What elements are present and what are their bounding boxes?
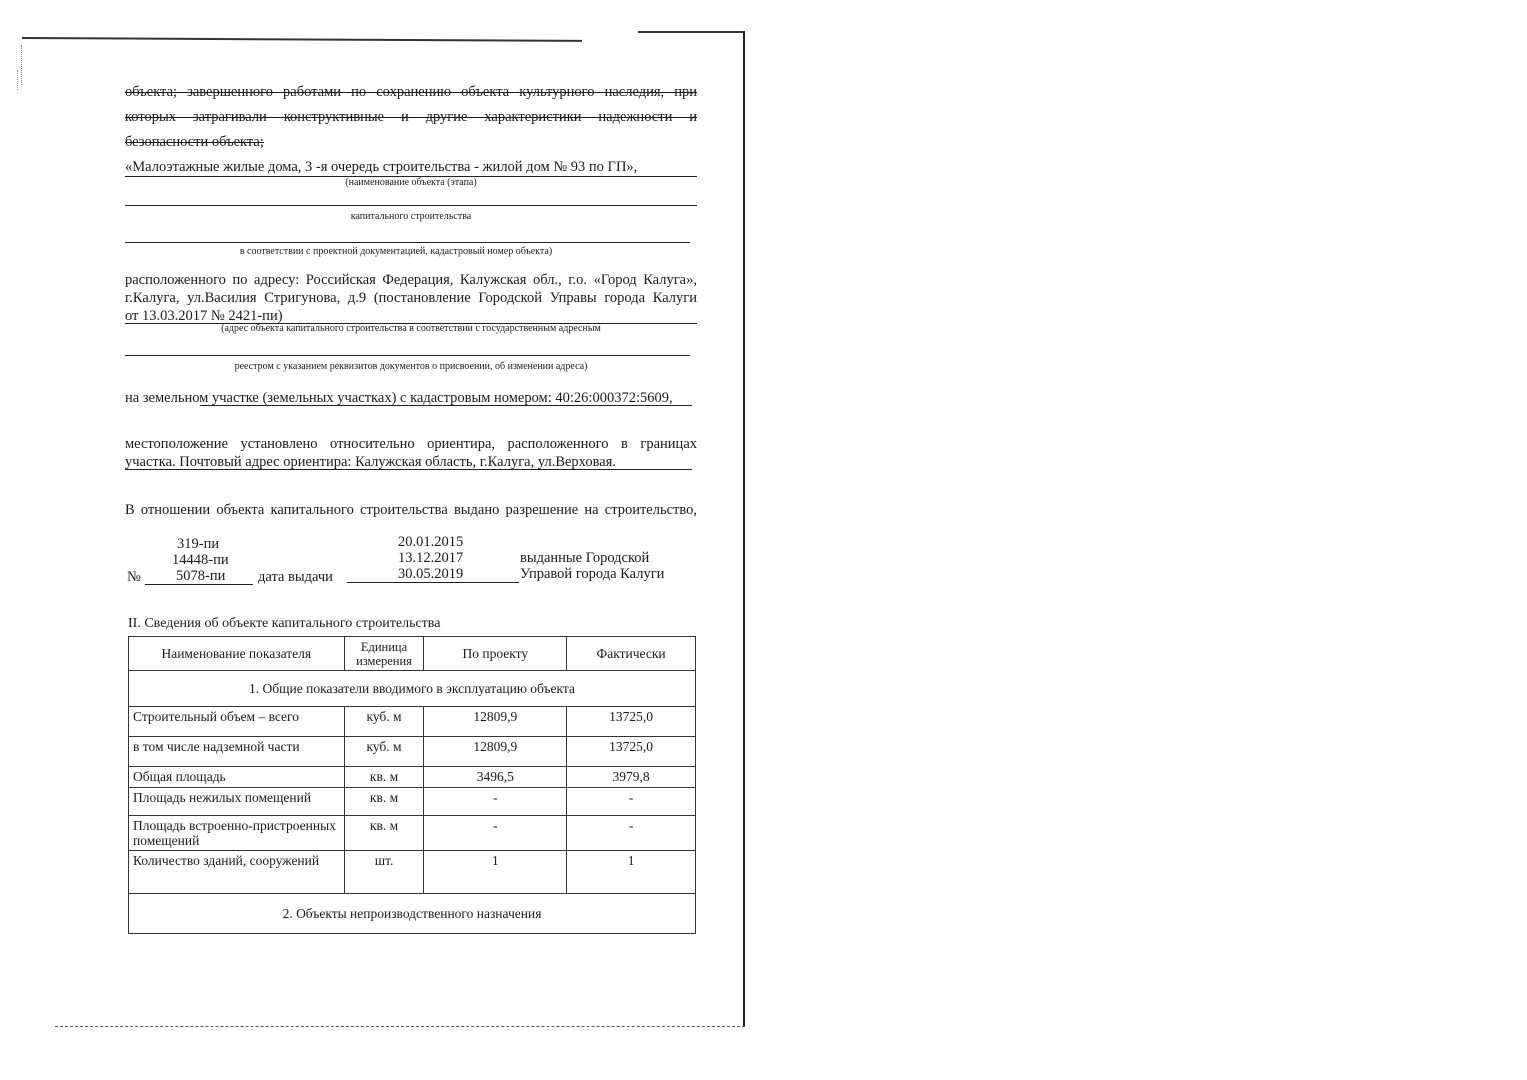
indicator-name: Площадь нежилых помещений: [129, 788, 345, 816]
indicator-name: Общая площадь: [129, 767, 345, 788]
unit: кв. м: [344, 767, 424, 788]
indicator-name: Площадь встроенно-пристроенных помещений: [129, 816, 345, 851]
object-name: «Малоэтажные жилые дома, 3 -я очередь ст…: [125, 159, 637, 176]
underline: [125, 469, 692, 470]
indicator-name: в том числе надземной части: [129, 737, 345, 767]
table-row: Общая площадь кв. м 3496,5 3979,8: [129, 767, 696, 788]
underline: [145, 584, 253, 585]
indicator-name: Количество зданий, сооружений: [129, 851, 345, 894]
page-edge-bottom: [55, 1026, 745, 1027]
struck-line: которых затрагивали конструктивные и дру…: [125, 109, 697, 126]
project-value: -: [424, 788, 567, 816]
unit: куб. м: [344, 707, 424, 737]
address-line: расположенного по адресу: Российская Фед…: [125, 272, 697, 289]
section-1-title: 1. Общие показатели вводимого в эксплуат…: [129, 671, 696, 707]
caption-capital: капитального строительства: [125, 211, 697, 222]
date-label: дата выдачи: [258, 569, 333, 586]
caption-address-2: реестром с указанием реквизитов документ…: [125, 361, 697, 372]
table-row: в том числе надземной части куб. м 12809…: [129, 737, 696, 767]
section-title: II. Сведения об объекте капитального стр…: [128, 616, 440, 632]
underline: [200, 405, 692, 406]
table-row: Площадь нежилых помещений кв. м - -: [129, 788, 696, 816]
header-cell: Наименование показателя: [129, 637, 345, 671]
issuer: Управой города Калуги: [520, 566, 664, 583]
unit: шт.: [344, 851, 424, 894]
header-cell: Фактически: [567, 637, 696, 671]
actual-value: -: [567, 788, 696, 816]
actual-value: -: [567, 816, 696, 851]
project-value: 3496,5: [424, 767, 567, 788]
unit: кв. м: [344, 788, 424, 816]
address-line: г.Калуга, ул.Василия Стригунова, д.9 (по…: [125, 290, 697, 307]
permit-date: 13.12.2017: [398, 550, 463, 567]
page-edge-right: [743, 31, 745, 1027]
caption-project-doc: в соответствии с проектной документацией…: [110, 246, 682, 257]
table-row: Строительный объем – всего куб. м 12809,…: [129, 707, 696, 737]
caption-object-name: (наименование объекта (этапа): [125, 177, 697, 188]
location-line: местоположение установлено относительно …: [125, 436, 697, 453]
underline: [347, 582, 519, 583]
permit-number: 14448-пи: [172, 552, 229, 569]
object-info-table: Наименование показателя Единица измерени…: [128, 636, 696, 934]
table-header: Наименование показателя Единица измерени…: [129, 637, 696, 671]
actual-value: 3979,8: [567, 767, 696, 788]
project-value: 1: [424, 851, 567, 894]
table-row: Площадь встроенно-пристроенных помещений…: [129, 816, 696, 851]
struck-line: безопасности объекта;: [125, 134, 264, 151]
section-row: 2. Объекты непроизводственного назначени…: [129, 894, 696, 934]
caption-address-1: (адрес объекта капитального строительств…: [125, 323, 697, 334]
permit-date: 20.01.2015: [398, 534, 463, 551]
actual-value: 13725,0: [567, 707, 696, 737]
unit: куб. м: [344, 737, 424, 767]
permit-number: 319-пи: [177, 536, 219, 553]
project-value: -: [424, 816, 567, 851]
section-row: 1. Общие показатели вводимого в эксплуат…: [129, 671, 696, 707]
blank-line: [125, 205, 697, 206]
project-value: 12809,9: [424, 707, 567, 737]
page-edge-top: [22, 37, 582, 42]
section-2-title: 2. Объекты непроизводственного назначени…: [129, 894, 696, 934]
blank-line: [125, 242, 690, 243]
scan-artifact: [17, 70, 18, 90]
permit-number: 5078-пи: [176, 568, 225, 585]
scan-artifact: [21, 45, 22, 85]
permit-date: 30.05.2019: [398, 566, 463, 583]
blank-line: [125, 355, 690, 356]
unit: кв. м: [344, 816, 424, 851]
table-row: Количество зданий, сооружений шт. 1 1: [129, 851, 696, 894]
header-cell: Единица измерения: [344, 637, 424, 671]
page-edge-top-right: [638, 31, 743, 33]
indicator-name: Строительный объем – всего: [129, 707, 345, 737]
header-cell: По проекту: [424, 637, 567, 671]
actual-value: 1: [567, 851, 696, 894]
number-label: №: [127, 569, 141, 586]
struck-line: объекта; завершенного работами по сохран…: [125, 84, 697, 101]
actual-value: 13725,0: [567, 737, 696, 767]
permit-intro: В отношении объекта капитального строите…: [125, 502, 697, 519]
issuer: выданные Городской: [520, 550, 649, 567]
project-value: 12809,9: [424, 737, 567, 767]
